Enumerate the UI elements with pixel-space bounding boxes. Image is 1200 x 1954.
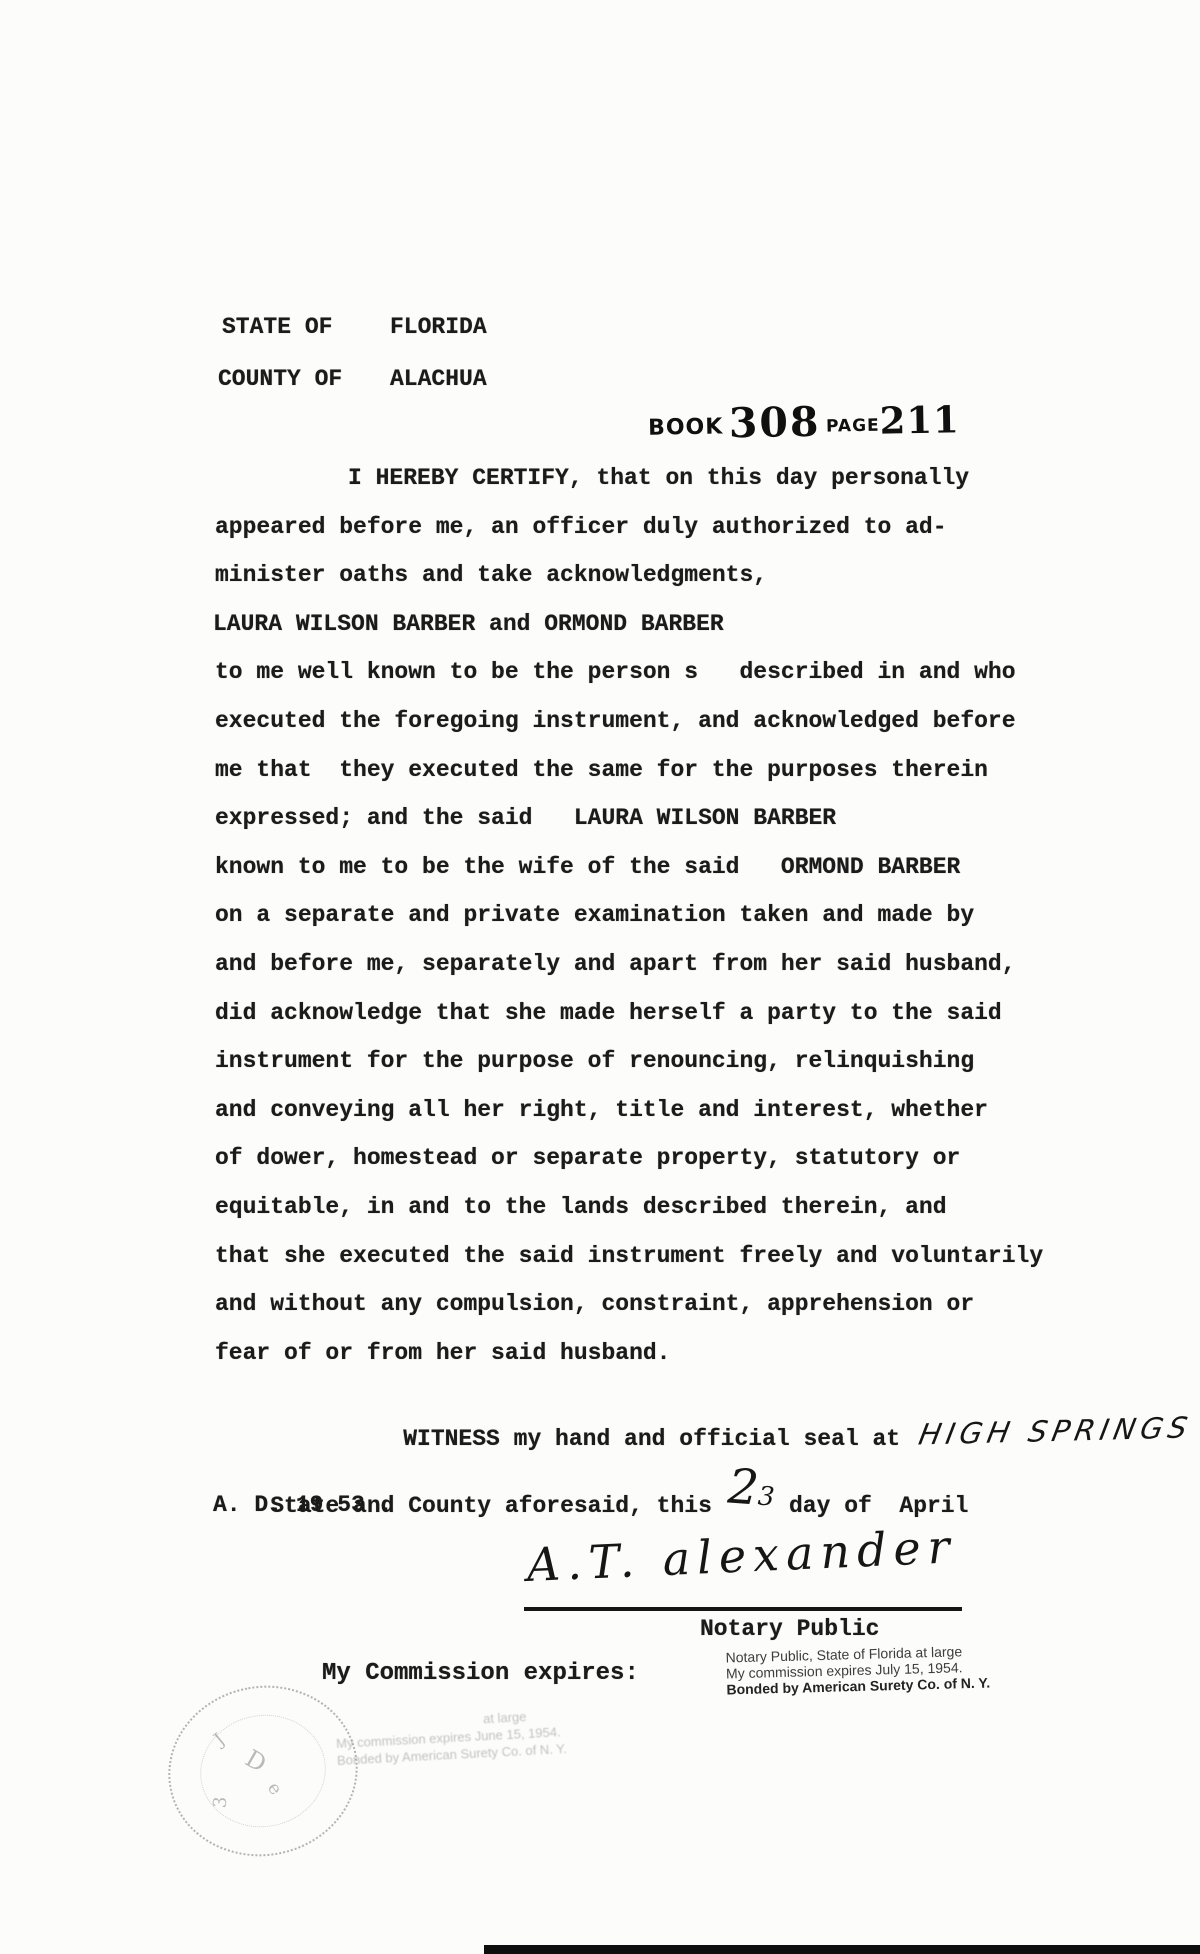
document-body-line: instrument for the purpose of renouncing… (0, 1037, 1200, 1086)
county-value: ALACHUA (390, 366, 487, 392)
document-body-line: LAURA WILSON BARBER and ORMOND BARBER (0, 600, 1200, 649)
document-body-line: that she executed the said instrument fr… (0, 1232, 1200, 1281)
document-body-line: I HEREBY CERTIFY, that on this day perso… (0, 454, 1200, 503)
faint-notary-stamp: at largeMy commission expires June 15, 1… (335, 1706, 567, 1769)
certification-paragraph: I HEREBY CERTIFY, that on this day perso… (0, 454, 1200, 1377)
document-page: STATE OF FLORIDA COUNTY OF ALACHUA BOOK … (0, 0, 1200, 1954)
notary-public-label: Notary Public (700, 1616, 879, 1642)
state-of-label: STATE OF (222, 314, 332, 340)
document-body-line: fear of or from her said husband. (0, 1329, 1200, 1378)
document-body-line: me that they executed the same for the p… (0, 746, 1200, 795)
date-line-post: day of April (789, 1493, 968, 1519)
document-body-line: expressed; and the said LAURA WILSON BAR… (0, 794, 1200, 843)
county-of-label: COUNTY OF (218, 366, 342, 392)
page-number: 211 (879, 397, 960, 442)
document-body-line: appeared before me, an officer duly auth… (0, 503, 1200, 552)
notary-seal-inner-ring (191, 1705, 335, 1837)
state-value: FLORIDA (390, 314, 487, 340)
document-body-line: executed the foregoing instrument, and a… (0, 697, 1200, 746)
commission-expires-label: My Commission expires: (322, 1660, 639, 1687)
document-body-line: of dower, homestead or separate property… (0, 1134, 1200, 1183)
signature-underline (524, 1607, 962, 1611)
scan-artifact-bar (484, 1945, 1200, 1954)
document-body-line: and without any compulsion, constraint, … (0, 1280, 1200, 1329)
document-body-line: on a separate and private examination ta… (0, 891, 1200, 940)
document-body-line: to me well known to be the person s desc… (0, 648, 1200, 697)
handwritten-day: 23 (726, 1458, 777, 1517)
document-body-line: known to me to be the wife of the said O… (0, 843, 1200, 892)
notary-rubber-stamp: Notary Public, State of Florida at large… (725, 1643, 990, 1698)
year-line: A. D. 19 53 . (213, 1492, 392, 1518)
document-body-line: did acknowledge that she made herself a … (0, 989, 1200, 1038)
book-label: BOOK (648, 414, 724, 440)
book-page-stamp: BOOK 308 PAGE211 (648, 395, 961, 448)
document-body-line: and conveying all her right, title and i… (0, 1086, 1200, 1135)
document-body-line: equitable, in and to the lands described… (0, 1183, 1200, 1232)
seal-glyph: 3 (210, 1796, 232, 1809)
page-label: PAGE (826, 416, 880, 437)
notary-seal-icon: D J e 3 (155, 1671, 372, 1871)
book-number: 308 (728, 398, 820, 448)
document-body-line: and before me, separately and apart from… (0, 940, 1200, 989)
document-body-line: minister oaths and take acknowledgments, (0, 551, 1200, 600)
